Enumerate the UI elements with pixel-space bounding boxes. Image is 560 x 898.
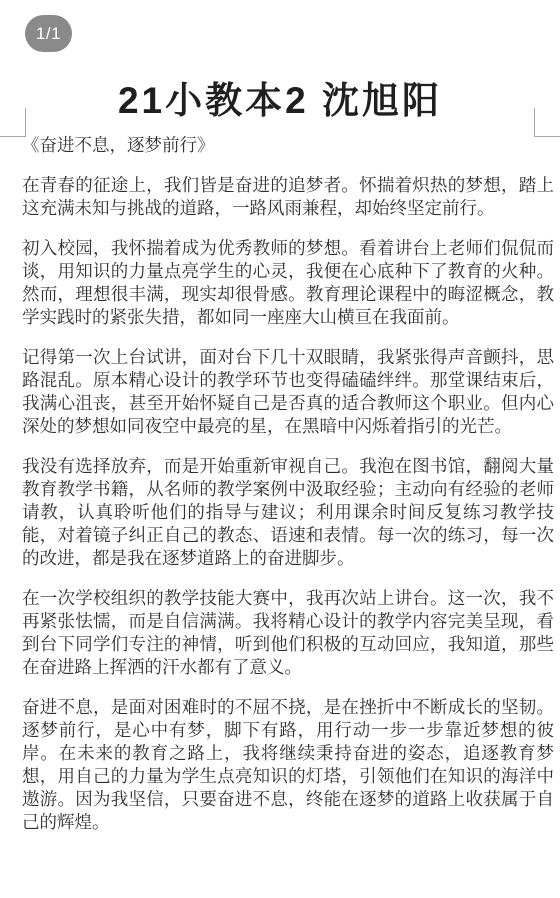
essay-paragraph: 记得第一次上台试讲，面对台下几十双眼睛，我紧张得声音颤抖，思路混乱。原本精心设计…	[22, 346, 554, 438]
essay-paragraph: 在一次学校组织的教学技能大赛中，我再次站上讲台。这一次，我不再紧张怯懦，而是自信…	[22, 587, 554, 679]
essay-paragraph: 在青春的征途上，我们皆是奋进的追梦者。怀揣着炽热的梦想，踏上这充满未知与挑战的道…	[22, 174, 554, 220]
essay-title: 《奋进不息，逐梦前行》	[22, 134, 554, 157]
essay-paragraph: 我没有选择放弃，而是开始重新审视自己。我泡在图书馆，翻阅大量教育教学书籍，从名师…	[22, 455, 554, 570]
text-boundary-mark-right	[534, 108, 560, 137]
page-indicator-label: 1/1	[36, 24, 61, 44]
text-boundary-mark-left	[0, 108, 26, 137]
essay-paragraph: 初入校园，我怀揣着成为优秀教师的梦想。看着讲台上老师们侃侃而谈，用知识的力量点亮…	[22, 237, 554, 329]
page-indicator-badge: 1/1	[25, 15, 72, 52]
document-title: 21小教本2 沈旭阳	[0, 70, 560, 124]
document-page: 1/1 21小教本2 沈旭阳 《奋进不息，逐梦前行》 在青春的征途上，我们皆是奋…	[0, 0, 560, 898]
essay-paragraph: 奋进不息，是面对困难时的不屈不挠，是在挫折中不断成长的坚韧。逐梦前行，是心中有梦…	[22, 696, 554, 834]
document-body: 《奋进不息，逐梦前行》 在青春的征途上，我们皆是奋进的追梦者。怀揣着炽热的梦想，…	[22, 134, 554, 834]
